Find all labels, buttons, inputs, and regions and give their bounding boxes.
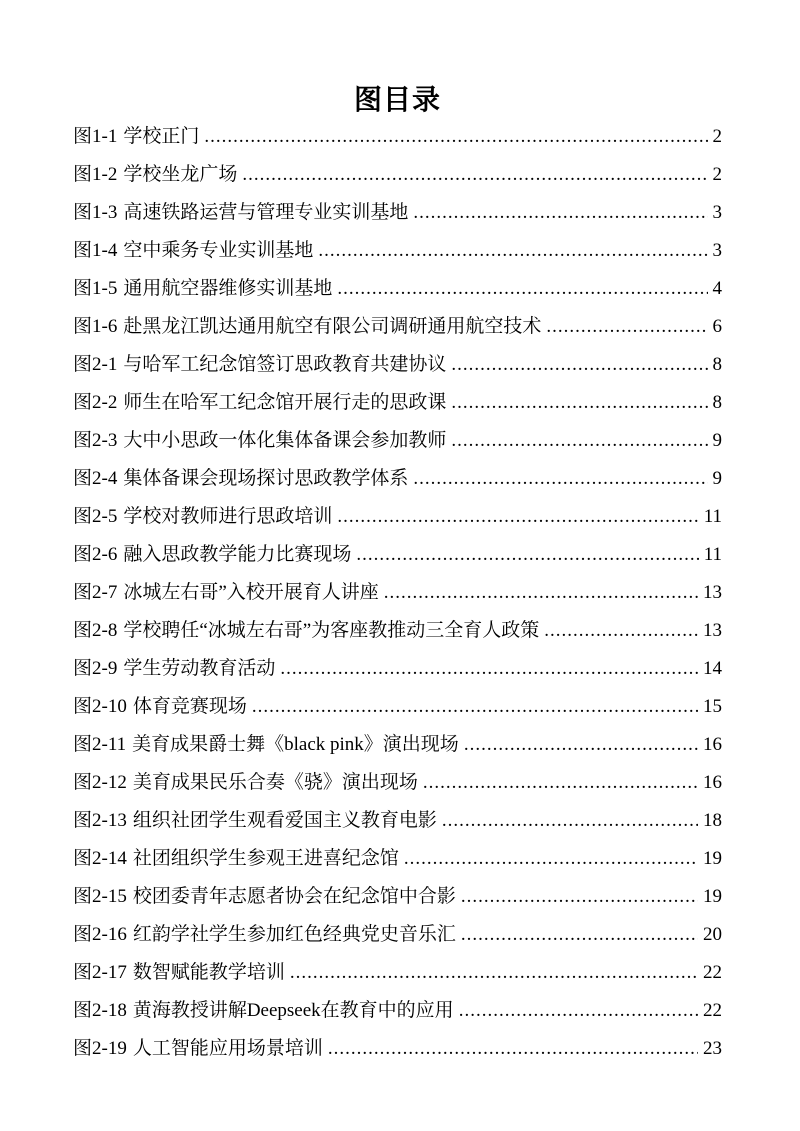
page-number: 16	[700, 726, 722, 764]
figure-label: 图2-8	[73, 612, 117, 650]
figure-label: 图2-10	[73, 688, 127, 726]
toc-entry[interactable]: 图2-19 人工智能应用场景培训 23	[73, 1030, 722, 1068]
figure-title: 学校正门	[123, 118, 199, 156]
page-number: 11	[701, 498, 722, 536]
figure-label: 图2-3	[73, 422, 117, 460]
figure-label: 图2-4	[73, 460, 117, 498]
dot-leader	[204, 118, 707, 156]
page-number: 19	[700, 840, 722, 878]
dot-leader	[451, 346, 707, 384]
page-number: 2	[710, 156, 723, 194]
page-number: 9	[710, 460, 723, 498]
dot-leader	[280, 650, 698, 688]
figure-title: 冰城左右哥”入校开展育人讲座	[123, 574, 378, 612]
page-number: 15	[700, 688, 722, 726]
page-number: 14	[700, 650, 722, 688]
dot-leader	[459, 992, 698, 1030]
page-number: 3	[710, 232, 723, 270]
figure-label: 图2-6	[73, 536, 117, 574]
figure-title: 黄海教授讲解Deepseek在教育中的应用	[133, 992, 454, 1030]
dot-leader	[413, 460, 707, 498]
figure-label: 图2-9	[73, 650, 117, 688]
page-number: 2	[710, 118, 723, 156]
figure-label: 图2-7	[73, 574, 117, 612]
toc-entry[interactable]: 图2-15 校团委青年志愿者协会在纪念馆中合影 19	[73, 878, 722, 916]
figure-title: 融入思政教学能力比赛现场	[123, 536, 351, 574]
figure-toc-list: 图1-1 学校正门 2 图1-2 学校坐龙广场 2 图1-3 高速铁路运营与管理…	[73, 118, 722, 1068]
figure-title: 大中小思政一体化集体备课会参加教师	[123, 422, 446, 460]
figure-title: 校团委青年志愿者协会在纪念馆中合影	[133, 878, 456, 916]
page-number: 6	[710, 308, 723, 346]
page-number: 8	[710, 346, 723, 384]
page-number: 9	[710, 422, 723, 460]
toc-entry[interactable]: 图2-9 学生劳动教育活动 14	[73, 650, 722, 688]
figure-label: 图1-2	[73, 156, 117, 194]
toc-entry[interactable]: 图2-12 美育成果民乐合奏《骁》演出现场 16	[73, 764, 722, 802]
figure-title: 师生在哈军工纪念馆开展行走的思政课	[123, 384, 446, 422]
figure-title: 人工智能应用场景培训	[133, 1030, 323, 1068]
figure-label: 图2-19	[73, 1030, 127, 1068]
page-number: 4	[710, 270, 723, 308]
toc-entry[interactable]: 图1-5 通用航空器维修实训基地 4	[73, 270, 722, 308]
figure-title: 学校聘任“冰城左右哥”为客座教推动三全育人政策	[123, 612, 539, 650]
toc-entry[interactable]: 图1-4 空中乘务专业实训基地 3	[73, 232, 722, 270]
figure-title: 高速铁路运营与管理专业实训基地	[123, 194, 408, 232]
document-page: 图目录 图1-1 学校正门 2 图1-2 学校坐龙广场 2 图1-3 高速铁路运…	[0, 0, 800, 1131]
toc-entry[interactable]: 图2-3 大中小思政一体化集体备课会参加教师 9	[73, 422, 722, 460]
dot-leader	[290, 954, 698, 992]
toc-entry[interactable]: 图2-7 冰城左右哥”入校开展育人讲座 13	[73, 574, 722, 612]
toc-entry[interactable]: 图2-2 师生在哈军工纪念馆开展行走的思政课 8	[73, 384, 722, 422]
figure-title: 美育成果民乐合奏《骁》演出现场	[133, 764, 418, 802]
figure-label: 图1-6	[73, 308, 117, 346]
figure-label: 图1-1	[73, 118, 117, 156]
dot-leader	[464, 726, 698, 764]
page-number: 23	[700, 1030, 722, 1068]
figure-label: 图2-13	[73, 802, 127, 840]
figure-title: 学生劳动教育活动	[123, 650, 275, 688]
figure-label: 图2-17	[73, 954, 127, 992]
dot-leader	[337, 270, 707, 308]
page-number: 3	[710, 194, 723, 232]
toc-entry[interactable]: 图1-6 赴黑龙江凯达通用航空有限公司调研通用航空技术 6	[73, 308, 722, 346]
dot-leader	[252, 688, 698, 726]
figure-title: 空中乘务专业实训基地	[123, 232, 313, 270]
figure-title: 学校坐龙广场	[123, 156, 237, 194]
dot-leader	[423, 764, 698, 802]
dot-leader	[546, 308, 707, 346]
figure-title: 数智赋能教学培训	[133, 954, 285, 992]
toc-entry[interactable]: 图2-1 与哈军工纪念馆签订思政教育共建协议 8	[73, 346, 722, 384]
dot-leader	[461, 916, 698, 954]
figure-title: 美育成果爵士舞《black pink》演出现场	[132, 726, 459, 764]
dot-leader	[337, 498, 698, 536]
toc-entry[interactable]: 图2-10 体育竞赛现场 15	[73, 688, 722, 726]
page-number: 11	[701, 536, 722, 574]
toc-entry[interactable]: 图1-2 学校坐龙广场 2	[73, 156, 722, 194]
figure-title: 体育竞赛现场	[133, 688, 247, 726]
dot-leader	[242, 156, 707, 194]
figure-title: 社团组织学生参观王进喜纪念馆	[133, 840, 399, 878]
toc-entry[interactable]: 图2-5 学校对教师进行思政培训 11	[73, 498, 722, 536]
dot-leader	[384, 574, 698, 612]
figure-label: 图2-12	[73, 764, 127, 802]
page-number: 22	[700, 954, 722, 992]
figure-label: 图2-2	[73, 384, 117, 422]
toc-entry[interactable]: 图1-1 学校正门 2	[73, 118, 722, 156]
dot-leader	[544, 612, 698, 650]
figure-label: 图2-14	[73, 840, 127, 878]
dot-leader	[451, 422, 707, 460]
dot-leader	[404, 840, 698, 878]
figure-label: 图2-16	[73, 916, 127, 954]
figure-label: 图1-5	[73, 270, 117, 308]
figure-title: 通用航空器维修实训基地	[123, 270, 332, 308]
page-number: 19	[700, 878, 722, 916]
toc-entry[interactable]: 图2-16 红韵学社学生参加红色经典党史音乐汇 20	[73, 916, 722, 954]
figure-label: 图2-18	[73, 992, 127, 1030]
toc-entry[interactable]: 图2-6 融入思政教学能力比赛现场 11	[73, 536, 722, 574]
toc-entry[interactable]: 图2-14 社团组织学生参观王进喜纪念馆 19	[73, 840, 722, 878]
toc-entry[interactable]: 图2-8 学校聘任“冰城左右哥”为客座教推动三全育人政策 13	[73, 612, 722, 650]
toc-entry[interactable]: 图2-11 美育成果爵士舞《black pink》演出现场 16	[73, 726, 722, 764]
dot-leader	[451, 384, 707, 422]
dot-leader	[328, 1030, 698, 1068]
page-number: 16	[700, 764, 722, 802]
figure-title: 赴黑龙江凯达通用航空有限公司调研通用航空技术	[123, 308, 541, 346]
dot-leader	[413, 194, 707, 232]
page-number: 13	[700, 574, 722, 612]
toc-entry[interactable]: 图2-13 组织社团学生观看爱国主义教育电影 18	[73, 802, 722, 840]
toc-entry[interactable]: 图2-18 黄海教授讲解Deepseek在教育中的应用 22	[73, 992, 722, 1030]
figure-label: 图2-5	[73, 498, 117, 536]
page-number: 20	[700, 916, 722, 954]
page-title: 图目录	[73, 84, 722, 116]
page-number: 18	[700, 802, 722, 840]
toc-entry[interactable]: 图2-17 数智赋能教学培训 22	[73, 954, 722, 992]
page-number: 22	[700, 992, 722, 1030]
dot-leader	[461, 878, 698, 916]
dot-leader	[318, 232, 707, 270]
page-number: 13	[700, 612, 722, 650]
figure-label: 图2-15	[73, 878, 127, 916]
figure-title: 学校对教师进行思政培训	[123, 498, 332, 536]
toc-entry[interactable]: 图1-3 高速铁路运营与管理专业实训基地 3	[73, 194, 722, 232]
dot-leader	[442, 802, 698, 840]
toc-entry[interactable]: 图2-4 集体备课会现场探讨思政教学体系 9	[73, 460, 722, 498]
figure-label: 图2-11	[73, 726, 126, 764]
figure-title: 组织社团学生观看爱国主义教育电影	[133, 802, 437, 840]
figure-title: 红韵学社学生参加红色经典党史音乐汇	[133, 916, 456, 954]
figure-label: 图1-4	[73, 232, 117, 270]
dot-leader	[356, 536, 698, 574]
figure-label: 图2-1	[73, 346, 117, 384]
figure-title: 与哈军工纪念馆签订思政教育共建协议	[123, 346, 446, 384]
figure-label: 图1-3	[73, 194, 117, 232]
figure-title: 集体备课会现场探讨思政教学体系	[123, 460, 408, 498]
page-number: 8	[710, 384, 723, 422]
